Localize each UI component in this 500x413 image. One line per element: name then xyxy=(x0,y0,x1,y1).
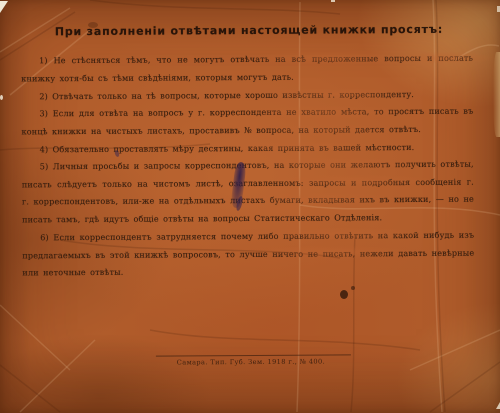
document-content: При заполненіи отвѣтами настоящей книжки… xyxy=(0,0,500,413)
imprint-rule xyxy=(156,354,351,356)
imprint-line: Самара. Тип. Губ. Зем. 1918 г., № 400. xyxy=(1,356,500,367)
scanned-document-page: При заполненіи отвѣтами настоящей книжки… xyxy=(0,0,500,413)
instruction-item-3: 3) Если для отвѣта на вопросъ у г. корре… xyxy=(21,103,473,141)
instruction-item-6: 6) Если корреспондентъ затрудняется поче… xyxy=(22,227,474,283)
document-title: При заполненіи отвѣтами настоящей книжки… xyxy=(0,22,499,38)
instruction-item-1: 1) Не стѣсняться тѣмъ, что не могутъ отв… xyxy=(21,50,473,88)
instruction-item-5: 5) Личныя просьбы и запросы корреспонден… xyxy=(22,156,474,229)
